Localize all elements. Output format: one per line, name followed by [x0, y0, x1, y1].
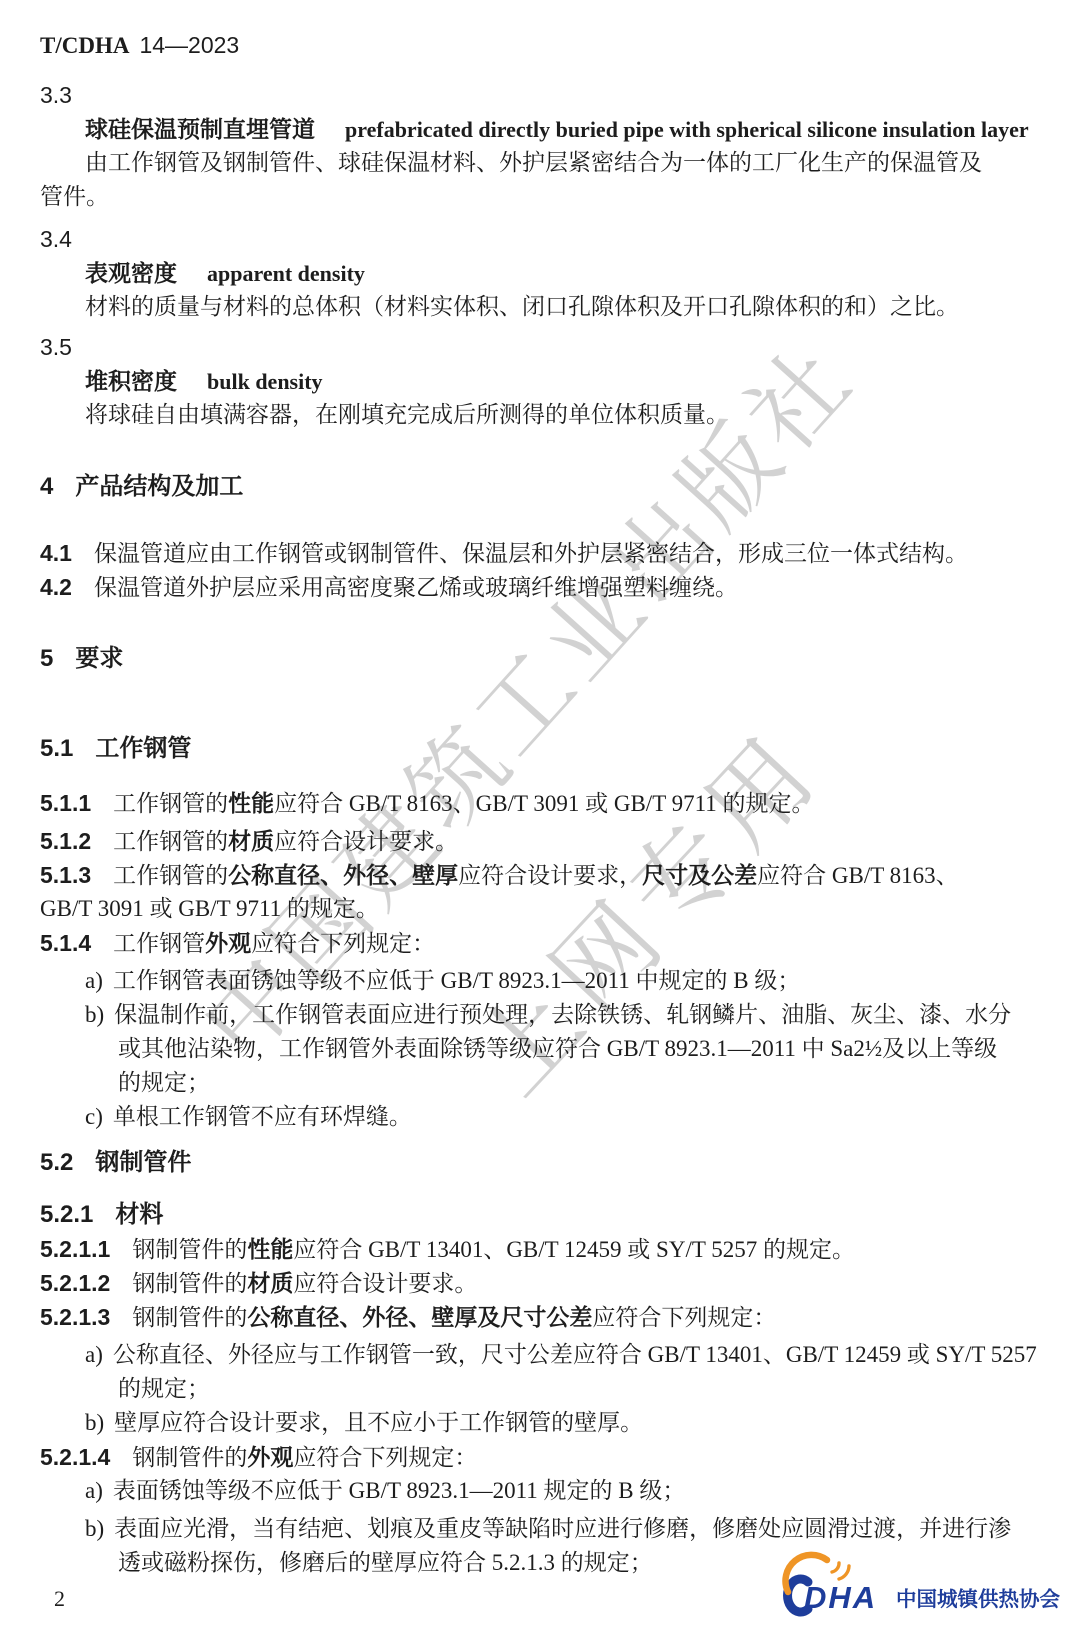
- section-5-2-1-title: 材料: [115, 1201, 163, 1228]
- clause-5-1-2-keyword: 材质: [228, 828, 274, 854]
- clause-5-2-1-3-keyword: 公称直径、外径、壁厚及尺寸公差: [247, 1304, 592, 1330]
- clause-5-2-1-1-pre: 钢制管件的: [132, 1237, 247, 1262]
- list-label-c: c): [85, 1104, 103, 1129]
- section-5-1-heading: 5.1工作钢管: [40, 732, 1040, 766]
- list-label-b: b): [85, 1516, 104, 1541]
- section-4-number: 4: [40, 473, 53, 500]
- section-5-1-number: 5.1: [40, 735, 73, 762]
- clause-5-2-1-4: 5.2.1.4钢制管件的外观应符合下列规定：: [40, 1440, 1040, 1474]
- list-label-a: a): [85, 1478, 103, 1503]
- list-item-5-2-1-3-b: b)壁厚应符合设计要求，且不应小于工作钢管的壁厚。: [40, 1406, 1040, 1440]
- section-5-1-title: 工作钢管: [95, 735, 191, 762]
- list-item-5-2-1-3-b-text: 壁厚应符合设计要求，且不应小于工作钢管的壁厚。: [114, 1410, 643, 1435]
- list-item-5-1-4-b-line-3: 的规定；: [40, 1066, 1040, 1100]
- clause-3-4-number: 3.4: [40, 222, 1040, 256]
- clause-3-3-number: 3.3: [40, 78, 1040, 112]
- section-5-2-1-heading: 5.2.1材料: [40, 1198, 1040, 1232]
- clause-5-2-1-1-post: 应符合 GB/T 13401、GB/T 12459 或 SY/T 5257 的规…: [293, 1237, 855, 1262]
- clause-5-1-2-pre: 工作钢管的: [113, 829, 228, 854]
- term-3-3-english: prefabricated directly buried pipe with …: [345, 117, 1029, 142]
- clause-5-1-3-number: 5.1.3: [40, 862, 91, 888]
- clause-5-1-2-number: 5.1.2: [40, 828, 91, 854]
- logo-orange-tick-large: [839, 1566, 849, 1579]
- term-3-5: 堆积密度bulk density: [40, 364, 1040, 398]
- clause-5-2-1-2-pre: 钢制管件的: [132, 1271, 247, 1296]
- standard-prefix: T/CDHA: [40, 33, 129, 58]
- clause-5-1-2: 5.1.2工作钢管的材质应符合设计要求。: [40, 824, 1040, 858]
- list-item-5-2-1-3-a-line-2: 的规定；: [40, 1372, 1040, 1406]
- list-item-5-1-4-b: b)保温制作前，工作钢管表面应进行预处理，去除铁锈、轧钢鳞片、油脂、灰尘、漆、水…: [40, 998, 1040, 1032]
- section-5-2-1-number: 5.2.1: [40, 1201, 93, 1228]
- list-label-b: b): [85, 1002, 104, 1027]
- section-5-2-number: 5.2: [40, 1149, 73, 1176]
- clause-5-2-1-4-post: 应符合下列规定：: [293, 1445, 477, 1470]
- list-item-5-1-4-a: a)工作钢管表面锈蚀等级不应低于 GB/T 8923.1—2011 中规定的 B…: [40, 964, 1040, 998]
- clause-5-1-1-post: 应符合 GB/T 8163、GB/T 3091 或 GB/T 9711 的规定。: [274, 791, 814, 816]
- section-4-title: 产品结构及加工: [75, 473, 243, 500]
- section-5-2-title: 钢制管件: [95, 1149, 191, 1176]
- clause-5-2-1-4-keyword: 外观: [247, 1444, 293, 1470]
- clause-5-2-1-3-post: 应符合下列规定：: [592, 1305, 776, 1330]
- clause-5-1-1-pre: 工作钢管的: [113, 791, 228, 816]
- section-5-heading: 5要求: [40, 642, 1040, 676]
- clause-5-2-1-2-keyword: 材质: [247, 1270, 293, 1296]
- standard-number-header: T/CDHA14—2023: [40, 28, 1040, 62]
- clause-5-2-1-4-number: 5.2.1.4: [40, 1444, 110, 1470]
- clause-5-2-1-3-pre: 钢制管件的: [132, 1305, 247, 1330]
- clause-4-2: 4.2保温管道外护层应采用高密度聚乙烯或玻璃纤维增强塑料缠绕。: [40, 570, 1040, 604]
- clause-5-1-3: 5.1.3工作钢管的公称直径、外径、壁厚应符合设计要求，尺寸及公差应符合 GB/…: [40, 858, 1040, 892]
- cdha-association-logo: DHA 中国城镇供热协会: [782, 1548, 1072, 1626]
- list-label-a: a): [85, 968, 103, 993]
- clause-5-1-4-post: 应符合下列规定：: [251, 931, 435, 956]
- list-item-5-1-4-a-text: 工作钢管表面锈蚀等级不应低于 GB/T 8923.1—2011 中规定的 B 级…: [113, 968, 800, 993]
- clause-5-1-2-post: 应符合设计要求。: [274, 829, 458, 854]
- term-3-4: 表观密度apparent density: [40, 256, 1040, 290]
- logo-orange-tick-small: [832, 1563, 839, 1572]
- clause-4-1: 4.1保温管道应由工作钢管或钢制管件、保温层和外护层紧密结合，形成三位一体式结构…: [40, 536, 1040, 570]
- term-3-3: 球硅保温预制直埋管道prefabricated directly buried …: [40, 112, 1040, 146]
- clause-5-1-3-pre: 工作钢管的: [113, 863, 228, 888]
- clause-5-2-1-3-number: 5.2.1.3: [40, 1304, 110, 1330]
- list-item-5-1-4-c: c)单根工作钢管不应有环焊缝。: [40, 1100, 1040, 1134]
- clause-4-2-text: 保温管道外护层应采用高密度聚乙烯或玻璃纤维增强塑料缠绕。: [94, 575, 738, 600]
- clause-5-2-1-2: 5.2.1.2钢制管件的材质应符合设计要求。: [40, 1266, 1040, 1300]
- page-number: 2: [54, 1584, 65, 1614]
- clause-5-2-1-4-pre: 钢制管件的: [132, 1445, 247, 1470]
- list-item-5-2-1-4-b: b)表面应光滑，当有结疤、划痕及重皮等缺陷时应进行修磨，修磨处应圆滑过渡，并进行…: [40, 1512, 1040, 1546]
- clause-5-1-3-keyword-2: 尺寸及公差: [642, 862, 757, 888]
- section-4-heading: 4产品结构及加工: [40, 470, 1040, 504]
- term-3-5-chinese: 堆积密度: [85, 368, 177, 394]
- list-item-5-1-4-b-line-2: 或其他沾染物，工作钢管外表面除锈等级应符合 GB/T 8923.1—2011 中…: [40, 1032, 1040, 1066]
- clause-5-1-3-continuation: GB/T 3091 或 GB/T 9711 的规定。: [40, 892, 1040, 926]
- term-3-5-english: bulk density: [207, 369, 323, 394]
- clause-5-1-4-number: 5.1.4: [40, 930, 91, 956]
- list-item-5-1-4-b-line-1: 保温制作前，工作钢管表面应进行预处理，去除铁锈、轧钢鳞片、油脂、灰尘、漆、水分: [114, 1002, 1011, 1027]
- clause-5-2-1-3: 5.2.1.3钢制管件的公称直径、外径、壁厚及尺寸公差应符合下列规定：: [40, 1300, 1040, 1334]
- list-item-5-2-1-4-a: a)表面锈蚀等级不应低于 GB/T 8923.1—2011 规定的 B 级；: [40, 1474, 1040, 1508]
- clause-5-1-1-number: 5.1.1: [40, 790, 91, 816]
- list-label-a: a): [85, 1342, 103, 1367]
- clause-4-1-text: 保温管道应由工作钢管或钢制管件、保温层和外护层紧密结合，形成三位一体式结构。: [94, 541, 968, 566]
- logo-dha-text: DHA: [804, 1580, 877, 1615]
- clause-5-1-4: 5.1.4工作钢管外观应符合下列规定：: [40, 926, 1040, 960]
- clause-5-2-1-1: 5.2.1.1钢制管件的性能应符合 GB/T 13401、GB/T 12459 …: [40, 1232, 1040, 1266]
- definition-3-4: 材料的质量与材料的总体积（材料实体积、闭口孔隙体积及开口孔隙体积的和）之比。: [40, 290, 1040, 324]
- logo-org-name: 中国城镇供热协会: [896, 1587, 1060, 1611]
- document-page: 中国建筑工业出版社 上网专用 T/CDHA14—2023 3.3 球硅保温预制直…: [0, 0, 1080, 1639]
- definition-3-3-line-1: 由工作钢管及钢制管件、球硅保温材料、外护层紧密结合为一体的工厂化生产的保温管及: [40, 146, 1040, 180]
- list-item-5-2-1-4-a-text: 表面锈蚀等级不应低于 GB/T 8923.1—2011 规定的 B 级；: [113, 1478, 685, 1503]
- list-item-5-2-1-3-a: a)公称直径、外径应与工作钢管一致，尺寸公差应符合 GB/T 13401、GB/…: [40, 1338, 1040, 1372]
- standard-year-number: 14—2023: [139, 32, 239, 58]
- clause-5-1-3-mid: 应符合设计要求，: [458, 863, 642, 888]
- definition-3-5: 将球硅自由填满容器，在刚填充完成后所测得的单位体积质量。: [40, 398, 1040, 432]
- list-label-b: b): [85, 1410, 104, 1435]
- definition-3-3-line-2: 管件。: [40, 180, 1040, 214]
- section-5-title: 要求: [75, 645, 123, 672]
- clause-5-1-1: 5.1.1工作钢管的性能应符合 GB/T 8163、GB/T 3091 或 GB…: [40, 786, 1040, 820]
- clause-5-2-1-2-post: 应符合设计要求。: [293, 1271, 477, 1296]
- clause-3-5-number: 3.5: [40, 330, 1040, 364]
- clause-5-2-1-1-keyword: 性能: [247, 1236, 293, 1262]
- section-5-number: 5: [40, 645, 53, 672]
- list-item-5-1-4-c-text: 单根工作钢管不应有环焊缝。: [113, 1104, 412, 1129]
- list-item-5-2-1-4-b-line-1: 表面应光滑，当有结疤、划痕及重皮等缺陷时应进行修磨，修磨处应圆滑过渡，并进行渗: [114, 1516, 1011, 1541]
- term-3-4-english: apparent density: [207, 261, 365, 286]
- clause-5-1-4-pre: 工作钢管: [113, 931, 205, 956]
- term-3-3-chinese: 球硅保温预制直埋管道: [85, 116, 315, 142]
- term-3-4-chinese: 表观密度: [85, 260, 177, 286]
- clause-5-1-4-keyword: 外观: [205, 930, 251, 956]
- clause-5-1-3-post: 应符合 GB/T 8163、: [757, 863, 958, 888]
- clause-5-1-1-keyword: 性能: [228, 790, 274, 816]
- clause-5-1-3-keyword-1: 公称直径、外径、壁厚: [228, 862, 458, 888]
- document-body: T/CDHA14—2023 3.3 球硅保温预制直埋管道prefabricate…: [0, 0, 1080, 1580]
- clause-4-2-number: 4.2: [40, 574, 72, 600]
- section-5-2-heading: 5.2钢制管件: [40, 1146, 1040, 1180]
- clause-4-1-number: 4.1: [40, 540, 72, 566]
- clause-5-2-1-1-number: 5.2.1.1: [40, 1236, 110, 1262]
- clause-5-2-1-2-number: 5.2.1.2: [40, 1270, 110, 1296]
- list-item-5-2-1-3-a-line-1: 公称直径、外径应与工作钢管一致，尺寸公差应符合 GB/T 13401、GB/T …: [113, 1342, 1037, 1367]
